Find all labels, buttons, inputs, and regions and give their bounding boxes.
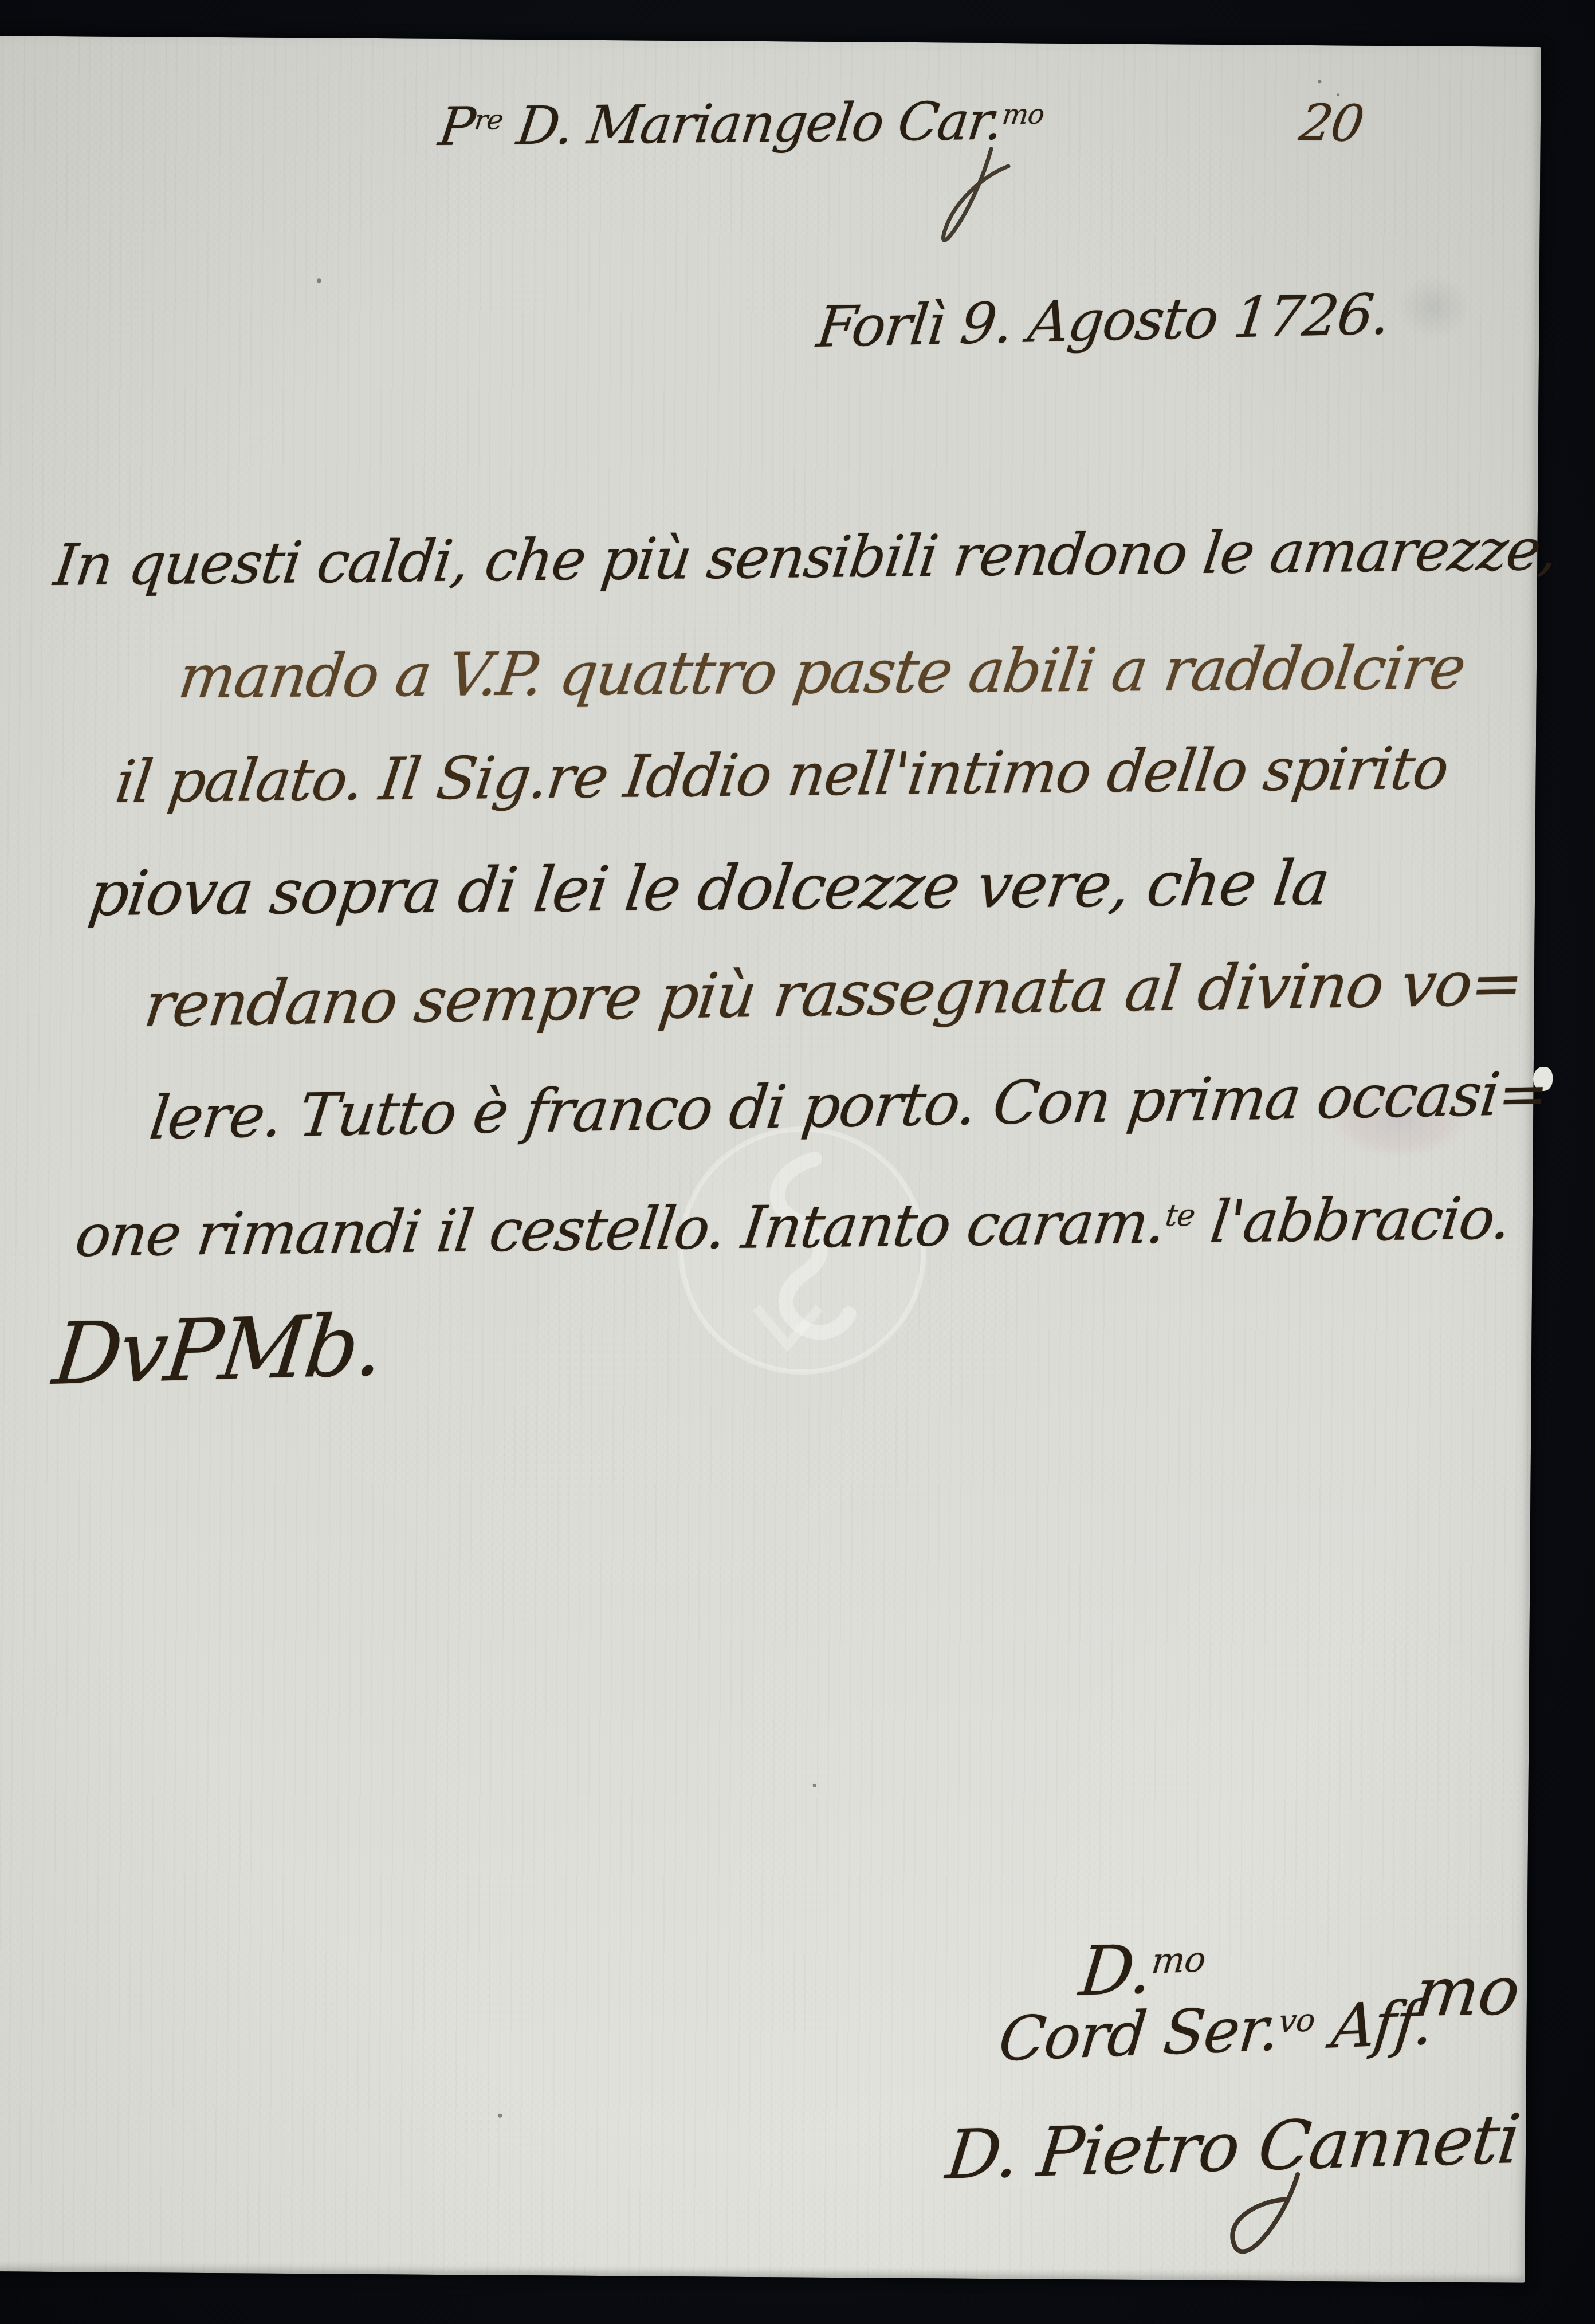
- photo-background: Pre D. Mariangelo Car.mo 20 Forlì 9. Ago…: [0, 0, 1595, 2324]
- addressee-prefix-superscript: re: [473, 104, 505, 136]
- dateline-text: Forlì 9. Agosto 1726.: [814, 282, 1393, 360]
- closing-servo-a: Cord Ser.: [996, 1993, 1282, 2075]
- dateline: Forlì 9. Agosto 1726.: [814, 282, 1393, 360]
- body-line-7-superscript: te: [1163, 1198, 1197, 1234]
- addressee-superscript: mo: [1000, 99, 1046, 131]
- body-line-3: il palato. Il Sig.re Iddio nell'intimo d…: [112, 734, 1452, 816]
- body-line-4: piova sopra di lei le dolcezze vere, che…: [85, 847, 1333, 930]
- paper-speck: [813, 1784, 816, 1787]
- body-line-7-text-b: l'abbracio.: [1189, 1184, 1514, 1257]
- paper-speck: [498, 2114, 502, 2118]
- addressee-prefix: P: [435, 96, 478, 158]
- page-number-text: 20: [1296, 93, 1367, 153]
- valediction-abbreviation: DvPMb.: [49, 1296, 387, 1404]
- page-number: 20: [1296, 93, 1367, 153]
- valediction-abbreviation-text: DvPMb.: [49, 1296, 387, 1404]
- body-line-3-text: il palato. Il Sig.re Iddio nell'intimo d…: [112, 734, 1452, 816]
- closing-servo-b: Aff.: [1310, 1987, 1436, 2063]
- body-line-2-text: mando a V.P. quattro paste abili a raddo…: [175, 633, 1469, 712]
- body-line-4-text: piova sopra di lei le dolcezze vere, che…: [85, 847, 1333, 930]
- paper-speck: [1318, 80, 1321, 83]
- ink-smudge-small: [1385, 264, 1483, 350]
- signature: D. Pietro Canneti: [942, 2099, 1523, 2195]
- paper-sheet: [0, 36, 1541, 2283]
- body-line-2: mando a V.P. quattro paste abili a raddo…: [175, 633, 1469, 712]
- body-line-7-text-a: one rimandi il cestello. Intanto caram.: [72, 1189, 1169, 1270]
- signature-text: D. Pietro Canneti: [942, 2099, 1523, 2195]
- paper-speck: [317, 278, 321, 283]
- addressee-main: D. Mariangelo Car.: [498, 91, 1005, 157]
- addressee-line: Pre D. Mariangelo Car.mo: [435, 90, 1047, 158]
- closing-devotissimo-superscript: mo: [1150, 1939, 1208, 1982]
- closing-servo-superscript: vo: [1277, 2001, 1317, 2040]
- stamp-figure-base: [756, 1308, 819, 1345]
